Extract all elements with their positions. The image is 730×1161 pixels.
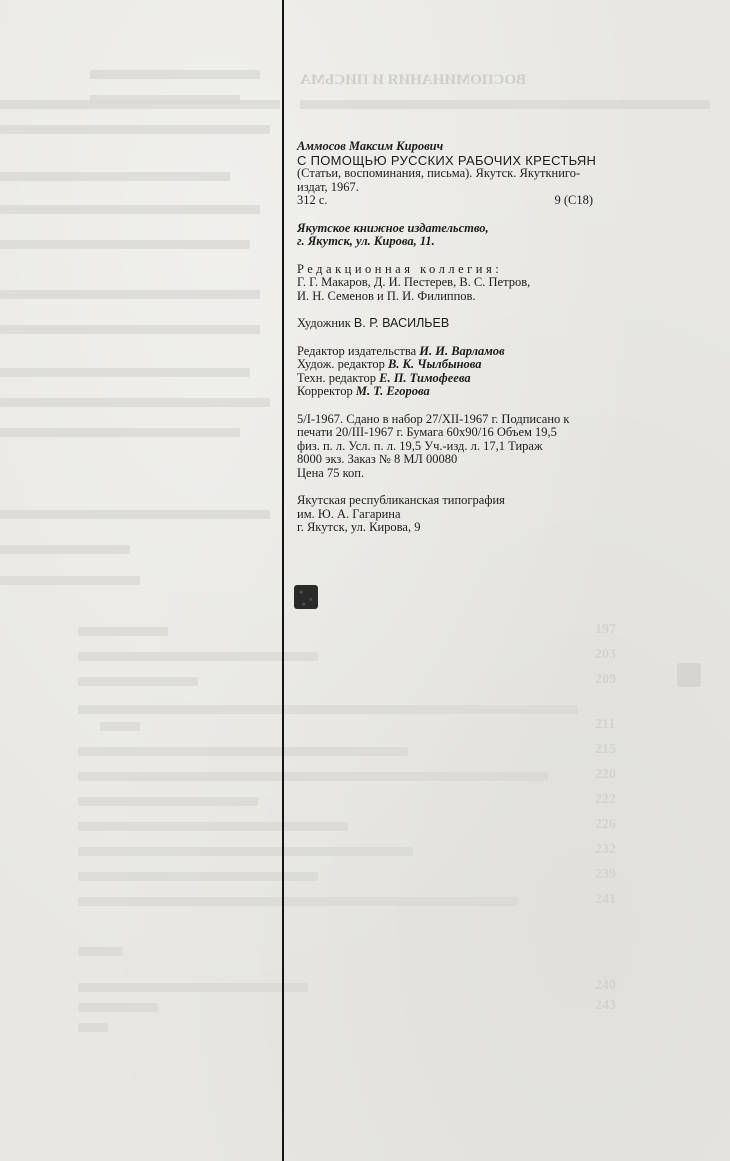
editorial-board-heading: Редакционная коллегия: bbox=[297, 263, 697, 277]
credit-line: Редактор издательства И. И. Варламов bbox=[297, 345, 697, 359]
print-details-line: печати 20/III-1967 г. Бумага 60х90/16 Об… bbox=[297, 426, 697, 440]
credit-role: Редактор издательства bbox=[297, 344, 416, 358]
bleed-line bbox=[78, 677, 198, 686]
bleed-page-number: 222 bbox=[595, 792, 616, 808]
bleed-line bbox=[78, 797, 258, 806]
bleed-line bbox=[78, 822, 348, 831]
bleed-line bbox=[100, 722, 140, 731]
bleed-page-number: 220 bbox=[595, 767, 616, 783]
bleed-line bbox=[0, 576, 140, 585]
bleed-line bbox=[0, 205, 260, 214]
scanned-page: ВОСПОМИНАНИЯ И ПИСЬМА 197 203 bbox=[0, 0, 730, 1161]
credit-name: И. И. Варламов bbox=[419, 344, 504, 358]
bleed-heading: ВОСПОМИНАНИЯ И ПИСЬМА bbox=[300, 72, 526, 89]
bleed-page-number: 211 bbox=[595, 717, 615, 733]
artist-name: В. Р. ВАСИЛЬЕВ bbox=[354, 316, 449, 330]
bleed-line bbox=[90, 70, 260, 79]
bleed-line bbox=[78, 1023, 108, 1032]
bleed-page-number: 209 bbox=[595, 672, 616, 688]
credit-role: Техн. редактор bbox=[297, 371, 376, 385]
page-fold-line bbox=[282, 0, 284, 1161]
price: Цена 75 коп. bbox=[297, 467, 697, 481]
bleed-page-number: 226 bbox=[595, 817, 616, 833]
bleed-page-number: 243 bbox=[595, 998, 616, 1014]
bleed-page-number: 197 bbox=[595, 622, 616, 638]
printer-stamp-mark bbox=[294, 585, 318, 609]
page-count: 312 с. bbox=[297, 194, 328, 208]
bleed-line bbox=[78, 747, 408, 756]
credit-role: Худож. редактор bbox=[297, 357, 385, 371]
bleed-line bbox=[78, 705, 578, 714]
bleed-line bbox=[78, 847, 413, 856]
credit-name: Е. П. Тимофеева bbox=[379, 371, 470, 385]
bleed-line bbox=[0, 240, 250, 249]
credit-line: Корректор М. Т. Егорова bbox=[297, 385, 697, 399]
publisher-address: г. Якутск, ул. Кирова, 11. bbox=[297, 235, 697, 249]
subtitle-line: (Статьи, воспоминания, письма). Якутск. … bbox=[297, 167, 697, 181]
bleed-page-number: 240 bbox=[595, 978, 616, 994]
bleed-page-number: 239 bbox=[595, 867, 616, 883]
bleed-line bbox=[300, 100, 710, 109]
publisher-name: Якутское книжное издательство, bbox=[297, 222, 697, 236]
editorial-board-members: Г. Г. Макаров, Д. И. Пестерев, В. С. Пет… bbox=[297, 276, 697, 290]
bleed-line bbox=[78, 947, 123, 956]
artist-credit: Художник В. Р. ВАСИЛЬЕВ bbox=[297, 317, 697, 331]
bleed-page-number: 215 bbox=[595, 742, 616, 758]
bleed-line bbox=[78, 627, 168, 636]
bleed-line bbox=[0, 545, 130, 554]
bleed-line bbox=[0, 290, 260, 299]
credit-line: Техн. редактор Е. П. Тимофеева bbox=[297, 372, 697, 386]
subtitle-line: издат, 1967. bbox=[297, 181, 697, 195]
bleed-line bbox=[0, 398, 270, 407]
editorial-board-members: И. Н. Семенов и П. И. Филиппов. bbox=[297, 290, 697, 304]
bleed-line bbox=[0, 100, 280, 109]
bleed-line bbox=[78, 983, 308, 992]
bleed-page-number: 241 bbox=[595, 892, 616, 908]
credit-name: М. Т. Егорова bbox=[356, 384, 430, 398]
pages-row: 312 с. 9 (С18) bbox=[297, 194, 593, 208]
bleed-line bbox=[78, 1003, 158, 1012]
colophon: Аммосов Максим Кирович С ПОМОЩЬЮ РУССКИХ… bbox=[297, 140, 697, 535]
author: Аммосов Максим Кирович bbox=[297, 140, 697, 154]
bleed-line bbox=[0, 510, 270, 519]
bleed-line bbox=[0, 172, 230, 181]
bleed-line bbox=[0, 125, 270, 134]
bleed-page-number: 203 bbox=[595, 647, 616, 663]
bleed-line bbox=[0, 368, 250, 377]
bleed-line bbox=[0, 325, 260, 334]
print-details-line: физ. п. л. Усл. п. л. 19,5 Уч.-изд. л. 1… bbox=[297, 440, 697, 454]
printer-line: им. Ю. А. Гагарина bbox=[297, 508, 697, 522]
credit-line: Худож. редактор В. К. Чылбынова bbox=[297, 358, 697, 372]
printer-line: г. Якутск, ул. Кирова, 9 bbox=[297, 521, 697, 535]
print-details-line: 8000 экз. Заказ № 8 МЛ 00080 bbox=[297, 453, 697, 467]
credit-name: В. К. Чылбынова bbox=[388, 357, 482, 371]
printer-line: Якутская республиканская типография bbox=[297, 494, 697, 508]
bleed-line bbox=[78, 772, 548, 781]
bleed-line bbox=[0, 428, 240, 437]
artist-label: Художник bbox=[297, 316, 351, 330]
classification-code: 9 (С18) bbox=[554, 194, 593, 208]
book-title: С ПОМОЩЬЮ РУССКИХ РАБОЧИХ КРЕСТЬЯН bbox=[297, 154, 697, 168]
bleed-stamp bbox=[677, 663, 701, 687]
bleed-line bbox=[78, 897, 518, 906]
credit-role: Корректор bbox=[297, 384, 353, 398]
print-details-line: 5/I-1967. Сдано в набор 27/XII-1967 г. П… bbox=[297, 413, 697, 427]
bleed-page-number: 232 bbox=[595, 842, 616, 858]
